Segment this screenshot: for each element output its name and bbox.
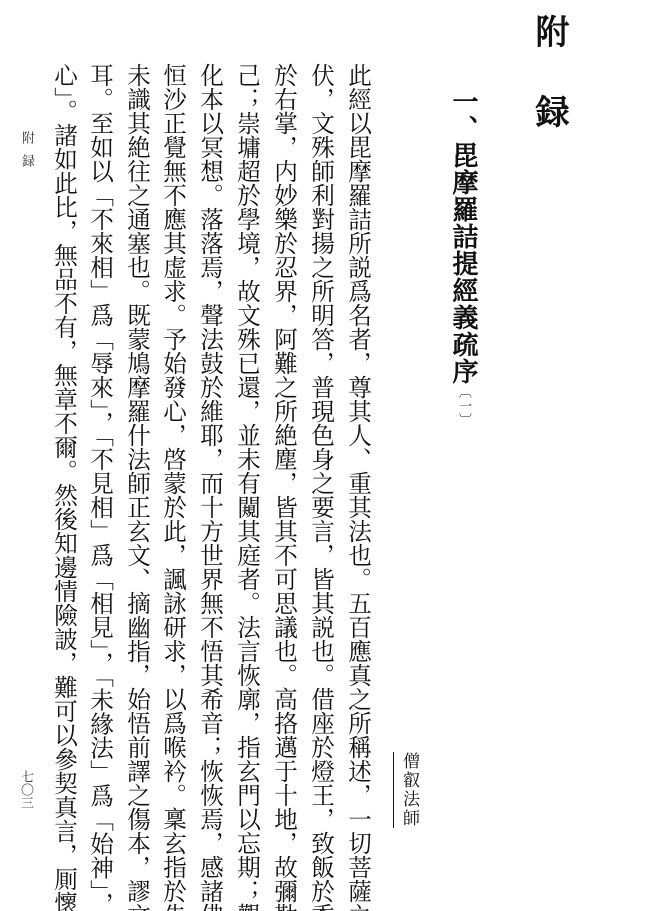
body-column-1: 此經以毘摩羅詰所説爲名者，尊其人、重其法也。五百應真之所稱述，一切菩薩之所嘆 [340, 63, 376, 908]
body-column-5: 化本以冥想。落落焉，聲法鼓於維耶，而十方世界無不悟其希音；恢恢焉，感諸佛於一室，… [192, 63, 228, 908]
footnote-marker[interactable]: 〔一〕 [456, 385, 471, 427]
running-head: 附録 [17, 131, 36, 177]
section-heading-char-1: 附 [525, 14, 574, 48]
body-column-2: 伏，文殊師利對揚之所明答，普現色身之要言，皆其説也。借座於燈王，致飯於香積，接大… [303, 63, 339, 908]
article-title: 一、毘摩羅詰提經義疏序〔一〕 [445, 88, 482, 427]
body-column-9: 心」。諸如此比，無品不有，無章不爾。然後知邊情險詖，難可以參契真言，厠懷玄悟矣。 [46, 63, 82, 908]
section-heading-char-2: 録 [525, 94, 574, 128]
body-column-4: 己；崇墉超於學境，故文殊已還，並未有闚其庭者。法言恢廓，指玄門以忘期；觀品夷照，… [229, 63, 265, 908]
body-column-3: 於右掌，内妙樂於忍界，阿難之所絶塵，皆其不可思議也。高挌邁于十地，故彌勒屈之而虚 [266, 63, 302, 908]
body-column-8: 耳。至如以「不來相」爲「辱來」，「不見相」爲「相見」，「未緣法」爲「始神」，「緣… [82, 63, 118, 908]
body-column-6: 恒沙正覺無不應其虚求。予始發心，啓蒙於此，諷詠研求，以爲喉衿。稟玄指於先匠，亦復 [155, 63, 191, 908]
body-column-7: 未識其絶往之通塞也。既蒙鳩摩羅什法師正玄文、摘幽指，始悟前譯之傷本，謬文之乖趣 [119, 63, 155, 908]
article-author: 僧叡法師 [393, 752, 422, 828]
article-title-text: 一、毘摩羅詰提經義疏序 [448, 88, 478, 385]
page-number: 七〇三 [16, 770, 35, 809]
